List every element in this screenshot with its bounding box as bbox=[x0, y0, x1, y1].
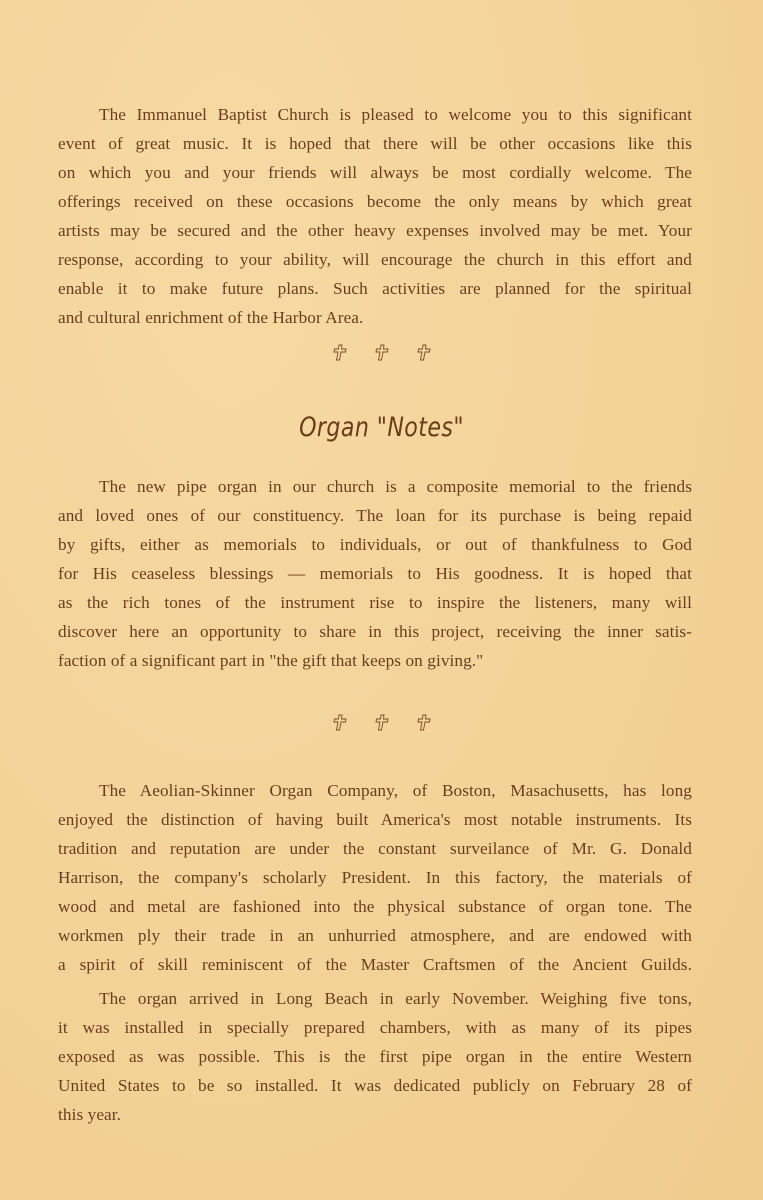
text-line: The organ arrived in Long Beach in early… bbox=[58, 984, 692, 1013]
text-line: discover here an opportunity to share in… bbox=[58, 617, 692, 646]
section-title: Organ "Notes" bbox=[69, 412, 695, 443]
text-line: wood and metal are fashioned into the ph… bbox=[58, 892, 692, 921]
text-line: faction of a significant part in "the gi… bbox=[58, 646, 692, 675]
cross-icon bbox=[417, 344, 431, 362]
cross-icon bbox=[417, 714, 431, 732]
text-line: this year. bbox=[58, 1100, 692, 1129]
text-line: tradition and reputation are under the c… bbox=[58, 834, 692, 863]
aeolian-paragraph: The Aeolian-Skinner Organ Company, of Bo… bbox=[58, 776, 692, 979]
text-line: it was installed in specially prepared c… bbox=[58, 1013, 692, 1042]
text-line: response, according to your ability, wil… bbox=[58, 245, 692, 274]
text-line: enable it to make future plans. Such act… bbox=[58, 274, 692, 303]
cross-divider bbox=[0, 714, 763, 734]
text-line: event of great music. It is hoped that t… bbox=[58, 129, 692, 158]
text-line: artists may be secured and the other hea… bbox=[58, 216, 692, 245]
cross-icon bbox=[333, 714, 347, 732]
text-line: for His ceaseless blessings — memorials … bbox=[58, 559, 692, 588]
text-line: The Immanuel Baptist Church is pleased t… bbox=[58, 100, 692, 129]
welcome-paragraph: The Immanuel Baptist Church is pleased t… bbox=[58, 100, 692, 332]
text-line: on which you and your friends will alway… bbox=[58, 158, 692, 187]
text-line: enjoyed the distinction of having built … bbox=[58, 805, 692, 834]
text-line: United States to be so installed. It was… bbox=[58, 1071, 692, 1100]
text-line: exposed as was possible. This is the fir… bbox=[58, 1042, 692, 1071]
text-line: and cultural enrichment of the Harbor Ar… bbox=[58, 303, 692, 332]
cross-divider bbox=[0, 344, 763, 364]
text-line: as the rich tones of the instrument rise… bbox=[58, 588, 692, 617]
cross-icon bbox=[333, 344, 347, 362]
text-line: and loved ones of our constituency. The … bbox=[58, 501, 692, 530]
text-line: workmen ply their trade in an unhurried … bbox=[58, 921, 692, 950]
text-line: The Aeolian-Skinner Organ Company, of Bo… bbox=[58, 776, 692, 805]
text-line: The new pipe organ in our church is a co… bbox=[58, 472, 692, 501]
organ-notes-paragraph: The new pipe organ in our church is a co… bbox=[58, 472, 692, 675]
program-page: The Immanuel Baptist Church is pleased t… bbox=[0, 0, 763, 1200]
text-line: Harrison, the company's scholarly Presid… bbox=[58, 863, 692, 892]
text-line: by gifts, either as memorials to individ… bbox=[58, 530, 692, 559]
text-line: a spirit of skill reminiscent of the Mas… bbox=[58, 950, 692, 979]
arrival-paragraph: The organ arrived in Long Beach in early… bbox=[58, 984, 692, 1129]
text-line: offerings received on these occasions be… bbox=[58, 187, 692, 216]
cross-icon bbox=[375, 714, 389, 732]
cross-icon bbox=[375, 344, 389, 362]
